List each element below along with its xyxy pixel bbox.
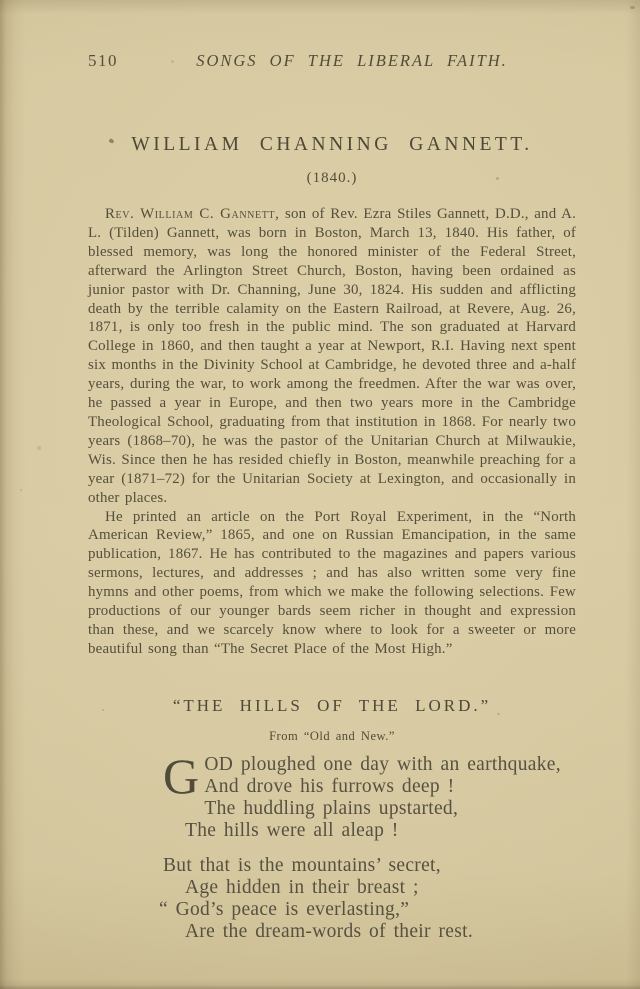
poem-source: From “Old and New.” [88, 729, 576, 744]
page-right-edge-shadow [626, 0, 640, 989]
ink-speck [171, 60, 174, 63]
poem-line: The huddling plains upstarted, [163, 798, 583, 820]
page-header: 510 SONGS OF THE LIBERAL FAITH. [88, 51, 576, 73]
poem-stanza-2: But that is the mountains’ secret, Age h… [163, 855, 583, 943]
ink-speck [496, 177, 499, 180]
poem-line: Are the dream-words of their rest. [185, 921, 583, 943]
page-left-edge-shadow [0, 0, 26, 989]
poem-line: And drove his furrows deep ! [163, 776, 583, 798]
ink-speck [630, 6, 635, 9]
running-title: SONGS OF THE LIBERAL FAITH. [148, 51, 556, 71]
poem-line: “ God’s peace is everlasting,” [159, 899, 583, 921]
poem-line: Age hidden in their breast ; [185, 877, 583, 899]
ink-speck [20, 489, 22, 491]
article-title: WILLIAM CHANNING GANNETT. [88, 134, 576, 156]
bio-paragraph-2: He printed an article on the Port Royal … [88, 508, 576, 659]
foxing-spot [37, 446, 41, 450]
poem-title: “THE HILLS OF THE LORD.” [88, 696, 576, 716]
dropcap-initial: G [163, 755, 199, 799]
poem: GOD ploughed one day with an earthquake,… [163, 754, 583, 943]
page-bottom-edge-shadow [0, 979, 640, 989]
article-year: (1840.) [88, 170, 576, 187]
poem-line: But that is the mountains’ secret, [163, 855, 583, 877]
ink-speck [102, 709, 104, 711]
poem-stanza-1: GOD ploughed one day with an earthquake,… [163, 754, 583, 842]
bio-lead-smallcaps: Rev. William C. Gannett, [105, 206, 279, 222]
biography: Rev. William C. Gannett, son of Rev. Ezr… [88, 205, 576, 659]
poem-line-text: OD ploughed one day with an earthquake, [204, 754, 560, 775]
ink-speck [497, 713, 500, 715]
book-page-scan: 510 SONGS OF THE LIBERAL FAITH. WILLIAM … [0, 0, 640, 989]
page-number: 510 [88, 51, 118, 71]
page-top-edge-shadow [0, 0, 640, 14]
poem-line: GOD ploughed one day with an earthquake, [163, 754, 583, 776]
bio-paragraph-1-text: son of Rev. Ezra Stiles Gannett, D.D., a… [88, 206, 576, 506]
poem-line: The hills were all aleap ! [185, 820, 583, 842]
bio-paragraph-1: Rev. William C. Gannett, son of Rev. Ezr… [88, 205, 576, 508]
